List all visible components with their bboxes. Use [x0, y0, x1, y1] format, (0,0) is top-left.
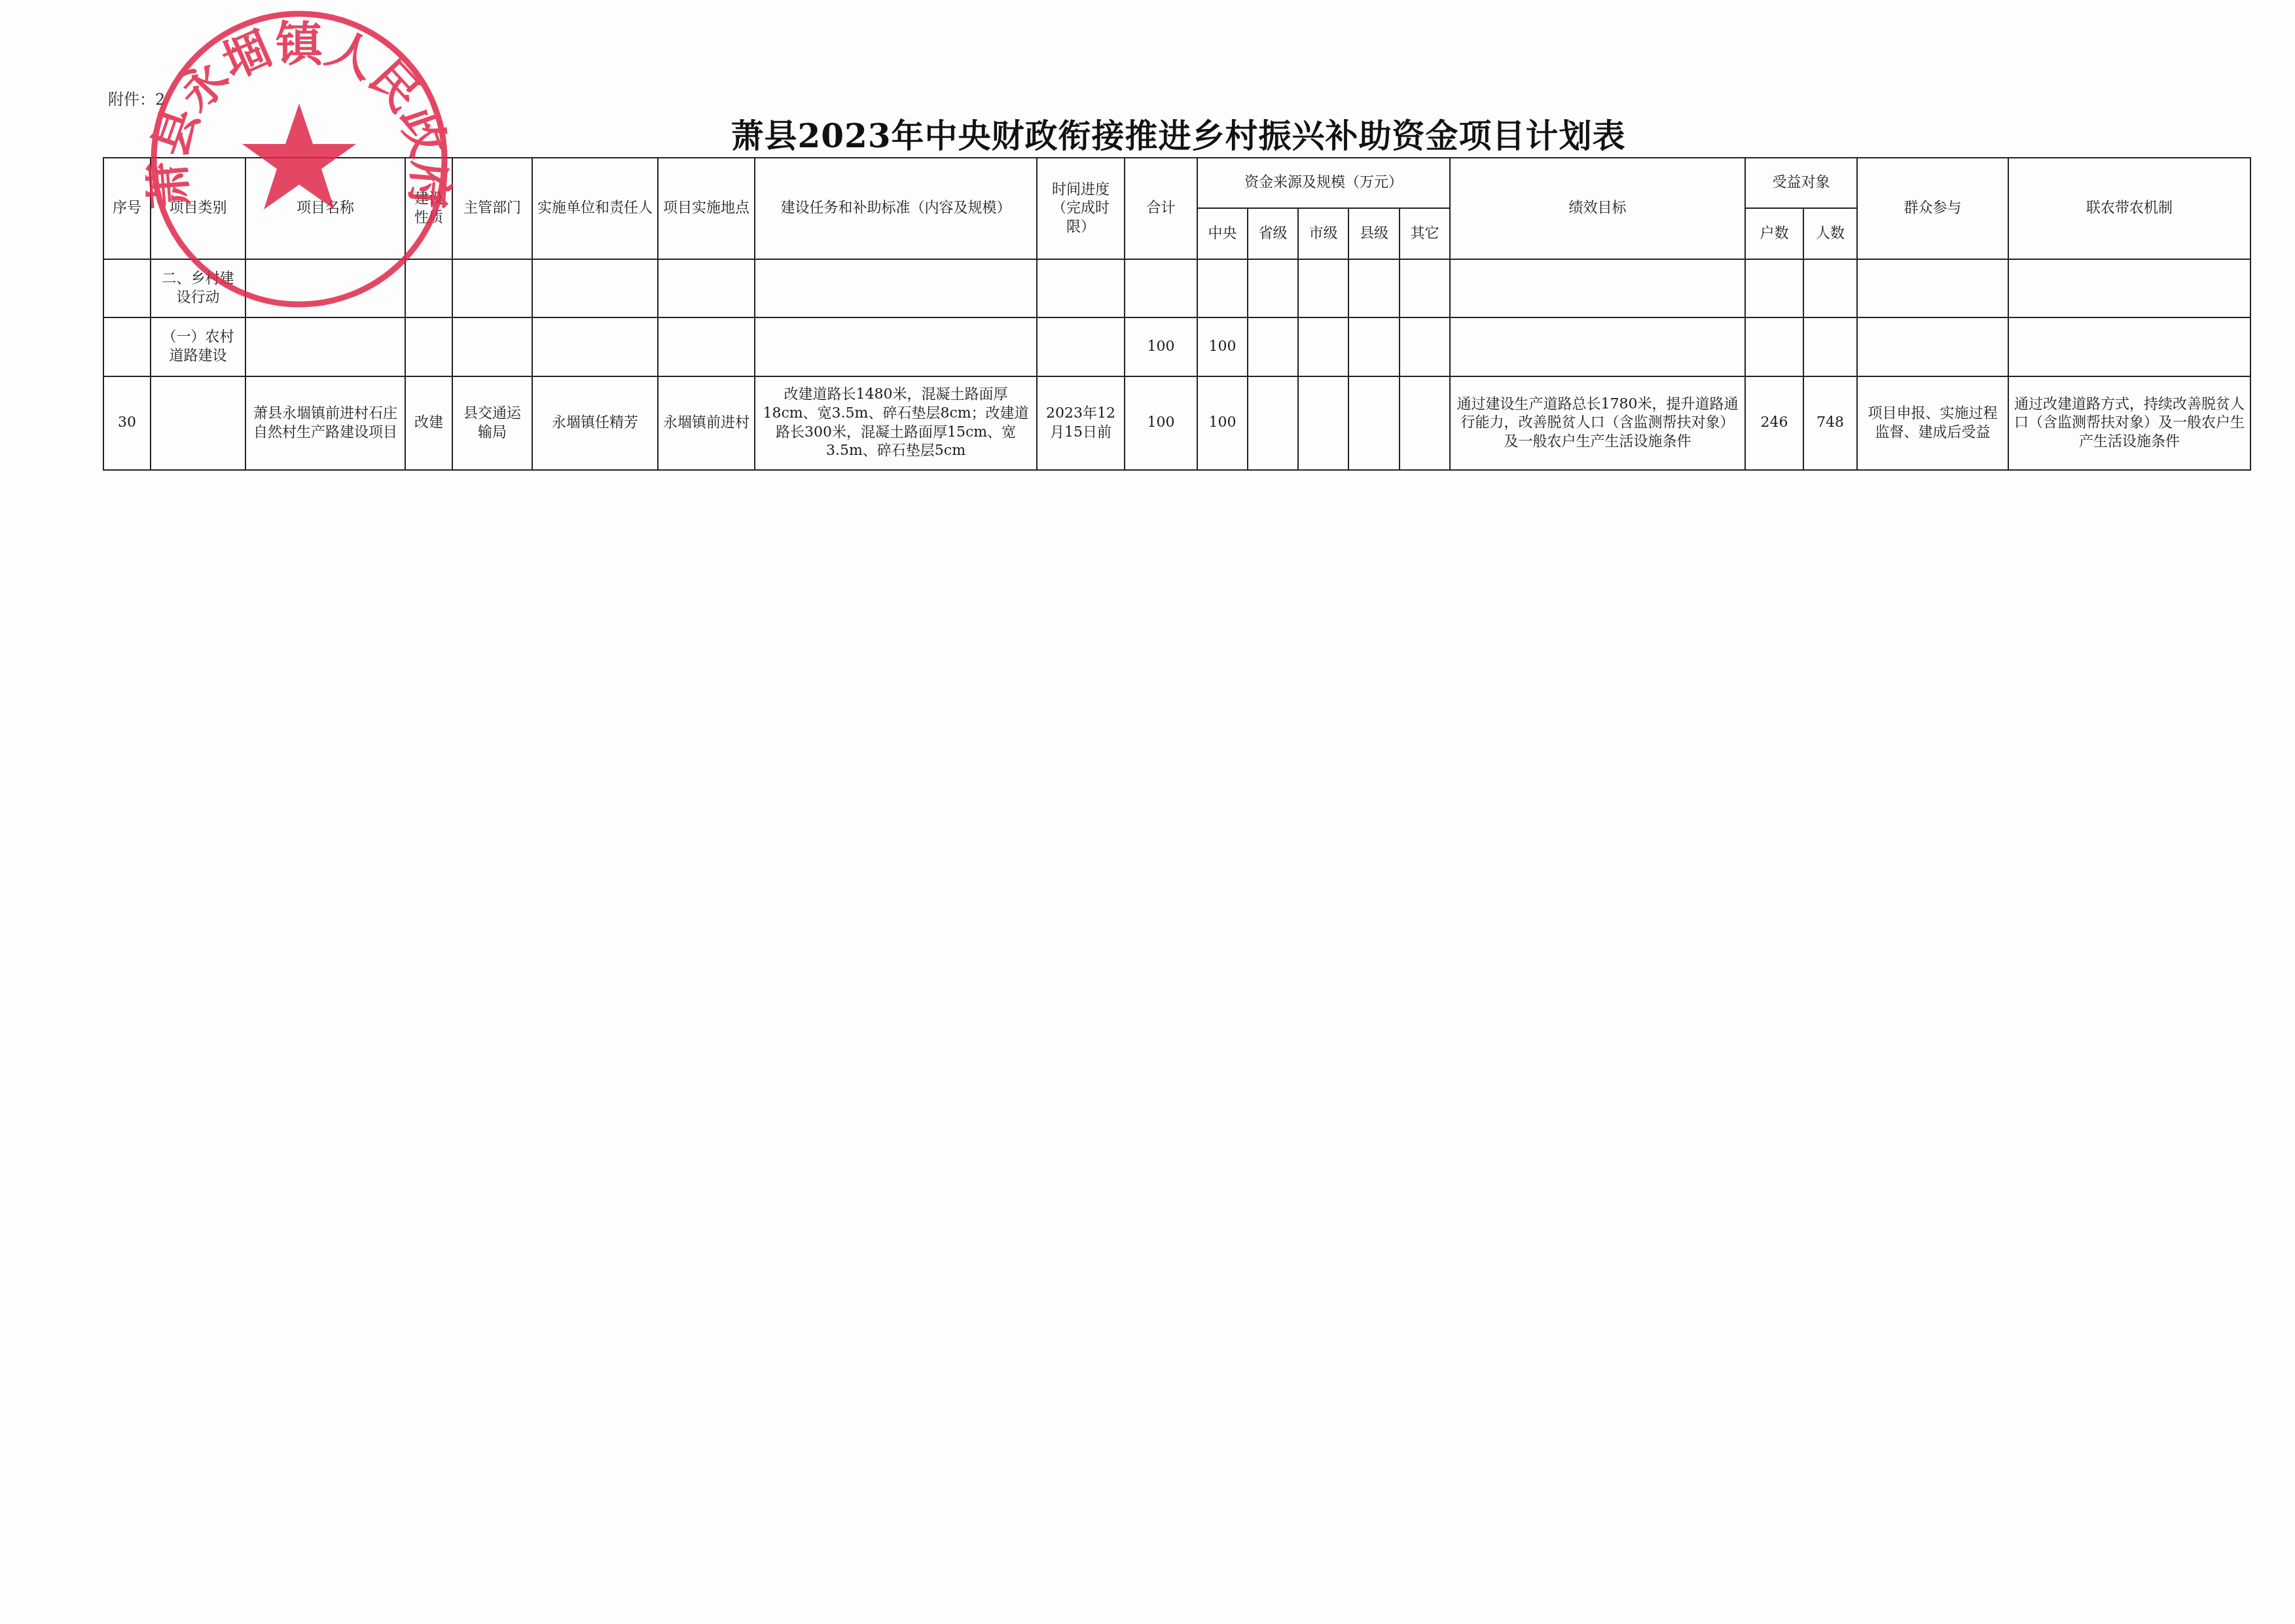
cell-empty: [2008, 317, 2250, 376]
col-unit: 实施单位和责任人: [532, 158, 658, 259]
cell-empty: [1857, 317, 2008, 376]
cell-empty: [1450, 259, 1745, 317]
cell-empty: [1400, 259, 1450, 317]
cell-category: [151, 376, 245, 470]
cell-empty: [1037, 259, 1125, 317]
cell-goal: 通过建设生产道路总长1780米，提升道路通行能力，改善脱贫人口（含监测帮扶对象）…: [1450, 376, 1745, 470]
table-row: 30 萧县永堌镇前进村石庄自然村生产路建设项目 改建 县交通运输局 永堌镇任精芳…: [103, 376, 2250, 470]
cell-participation: 项目申报、实施过程监督、建成后受益: [1857, 376, 2008, 470]
cell-empty: [532, 259, 658, 317]
cell-central: [1197, 259, 1248, 317]
cell-schedule: 2023年12月15日前: [1037, 376, 1125, 470]
col-provincial: 省级: [1248, 208, 1298, 259]
cell-mechanism: 通过改建道路方式，持续改善脱贫人口（含监测帮扶对象）及一般农户生产生活设施条件: [2008, 376, 2250, 470]
cell-task: 改建道路长1480米，混凝土路面厚18cm、宽3.5m、碎石垫层8cm；改建道路…: [755, 376, 1037, 470]
col-people: 人数: [1803, 208, 1857, 259]
cell-empty: [1400, 317, 1450, 376]
cell-empty: [755, 259, 1037, 317]
col-mechanism: 联农带农机制: [2008, 158, 2250, 259]
col-participation: 群众参与: [1857, 158, 2008, 259]
cell-empty: [1857, 259, 2008, 317]
cell-empty: [658, 317, 755, 376]
cell-dept: 县交通运输局: [452, 376, 532, 470]
cell-provincial: [1248, 376, 1298, 470]
table-row-subsection: （一）农村道路建设 100 100: [103, 317, 2250, 376]
cell-seq: 30: [103, 376, 151, 470]
col-task: 建设任务和补助标准（内容及规模）: [755, 158, 1037, 259]
col-funds-group: 资金来源及规模（万元）: [1197, 158, 1450, 208]
cell-empty: [405, 259, 452, 317]
cell-empty: [245, 317, 405, 376]
col-name: 项目名称: [245, 158, 405, 259]
cell-unit: 永堌镇任精芳: [532, 376, 658, 470]
cell-total: [1125, 259, 1197, 317]
cell-seq: [103, 259, 151, 317]
col-households: 户数: [1745, 208, 1803, 259]
cell-central: 100: [1197, 317, 1248, 376]
cell-empty: [1248, 317, 1298, 376]
col-seq: 序号: [103, 158, 151, 259]
col-category: 项目类别: [151, 158, 245, 259]
cell-empty: [1348, 317, 1400, 376]
cell-nature: 改建: [405, 376, 452, 470]
project-plan-table: 序号 项目类别 项目名称 建设性质 主管部门 实施单位和责任人 项目实施地点 建…: [103, 157, 2251, 471]
cell-empty: [755, 317, 1037, 376]
cell-people: 748: [1803, 376, 1857, 470]
col-county: 县级: [1348, 208, 1400, 259]
cell-empty: [1298, 259, 1348, 317]
cell-empty: [1037, 317, 1125, 376]
cell-county: [1348, 376, 1400, 470]
col-nature: 建设性质: [405, 158, 452, 259]
col-other: 其它: [1400, 208, 1450, 259]
attachment-label: 附件：2: [108, 86, 165, 109]
cell-empty: [2008, 259, 2250, 317]
cell-empty: [658, 259, 755, 317]
cell-empty: [1298, 317, 1348, 376]
cell-empty: [1745, 317, 1803, 376]
col-central: 中央: [1197, 208, 1248, 259]
cell-empty: [1450, 317, 1745, 376]
col-location: 项目实施地点: [658, 158, 755, 259]
cell-total: 100: [1125, 317, 1197, 376]
col-schedule: 时间进度（完成时限）: [1037, 158, 1125, 259]
cell-empty: [1803, 259, 1857, 317]
cell-central: 100: [1197, 376, 1248, 470]
cell-location: 永堌镇前进村: [658, 376, 755, 470]
col-city: 市级: [1298, 208, 1348, 259]
col-beneficiary-group: 受益对象: [1745, 158, 1857, 208]
col-goal: 绩效目标: [1450, 158, 1745, 259]
cell-empty: [1745, 259, 1803, 317]
cell-empty: [532, 317, 658, 376]
cell-empty: [1803, 317, 1857, 376]
col-total: 合计: [1125, 158, 1197, 259]
cell-empty: [1348, 259, 1400, 317]
cell-name: 萧县永堌镇前进村石庄自然村生产路建设项目: [245, 376, 405, 470]
table-row-section: 二、乡村建设行动: [103, 259, 2250, 317]
col-dept: 主管部门: [452, 158, 532, 259]
cell-category: （一）农村道路建设: [151, 317, 245, 376]
cell-empty: [452, 317, 532, 376]
cell-other: [1400, 376, 1450, 470]
cell-empty: [245, 259, 405, 317]
cell-empty: [405, 317, 452, 376]
cell-empty: [452, 259, 532, 317]
header-row-1: 序号 项目类别 项目名称 建设性质 主管部门 实施单位和责任人 项目实施地点 建…: [103, 158, 2250, 208]
cell-seq: [103, 317, 151, 376]
cell-households: 246: [1745, 376, 1803, 470]
cell-city: [1298, 376, 1348, 470]
cell-category: 二、乡村建设行动: [151, 259, 245, 317]
document-title: 萧县2023年中央财政衔接推进乡村振兴补助资金项目计划表: [720, 110, 1636, 157]
cell-total: 100: [1125, 376, 1197, 470]
cell-empty: [1248, 259, 1298, 317]
